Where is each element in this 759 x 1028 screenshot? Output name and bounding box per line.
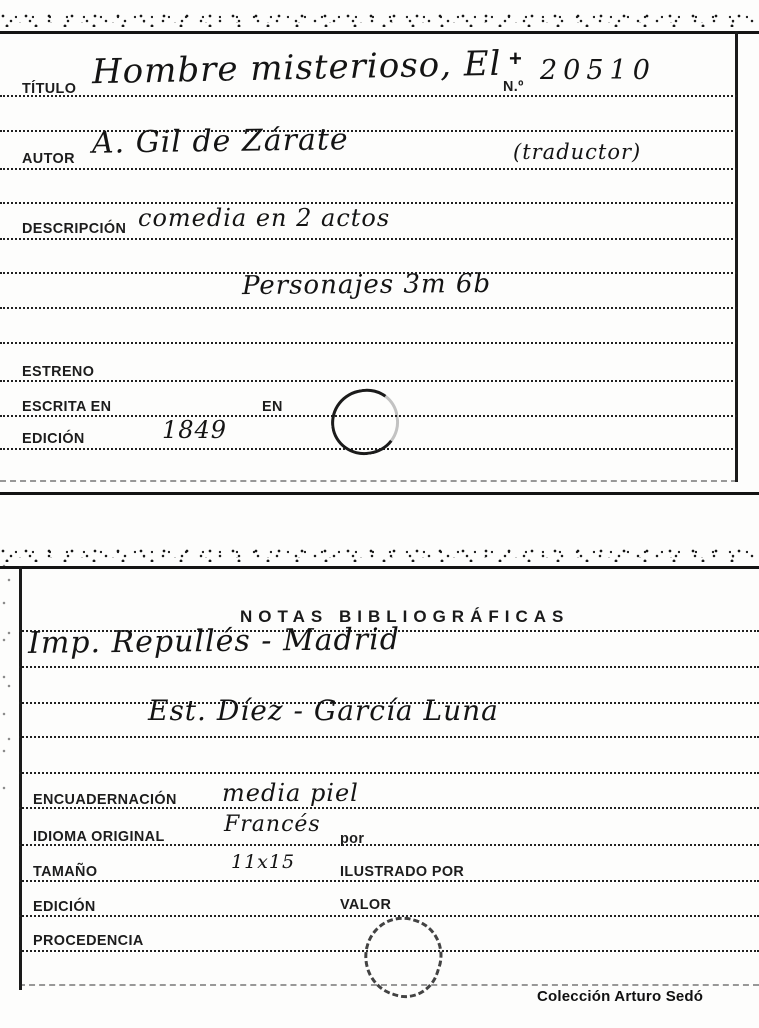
top-card-torn-edge <box>0 12 759 34</box>
catalog-card-scan: TÍTULO N.º + AUTOR DESCRIPCIÓN ESTRENO E… <box>0 0 759 1028</box>
traductor-note-handwritten: (traductor) <box>513 140 641 164</box>
valor-label: VALOR <box>340 896 391 913</box>
numero-handwritten: 20510 <box>540 55 656 86</box>
ruled-line <box>0 307 737 309</box>
estreno-label: ESTRENO <box>22 363 94 380</box>
ruled-line <box>19 915 759 917</box>
titulo-label: TÍTULO <box>22 80 76 97</box>
ruled-line <box>0 342 737 344</box>
estreno-nota-handwritten: Est. Díez - García Luna <box>148 694 499 727</box>
ruled-line <box>0 380 737 382</box>
ruled-line-faint <box>0 480 737 482</box>
ilustrado-por-label: ILUSTRADO POR <box>340 863 464 880</box>
titulo-handwritten: Hombre misterioso, El <box>92 44 502 93</box>
ruled-line <box>19 772 759 774</box>
cross-mark: + <box>509 46 522 72</box>
por-label: por <box>340 830 364 847</box>
ruled-line <box>0 168 737 170</box>
encuadernacion-label: ENCUADERNACIÓN <box>33 791 177 808</box>
scan-edge-noise <box>0 560 14 790</box>
descripcion-label: DESCRIPCIÓN <box>22 220 126 237</box>
en-label: EN <box>262 398 283 415</box>
ruled-line <box>19 736 759 738</box>
ruled-line <box>19 666 759 668</box>
edicion-bottom-label: EDICIÓN <box>33 898 96 915</box>
tamano-handwritten: 11x15 <box>231 851 295 873</box>
coleccion-footer: Colección Arturo Sedó <box>537 988 703 1005</box>
escrita-en-label: ESCRITA EN <box>22 398 111 415</box>
ruled-line <box>19 880 759 882</box>
ruled-line <box>0 238 737 240</box>
numero-label: N.º <box>503 78 524 95</box>
descripcion-handwritten: comedia en 2 actos <box>138 204 390 232</box>
edicion-year-handwritten: 1849 <box>162 416 227 444</box>
idioma-original-label: IDIOMA ORIGINAL <box>33 828 165 845</box>
top-card-bottom-edge <box>0 492 759 495</box>
encuadernacion-handwritten: media piel <box>222 779 359 807</box>
personajes-handwritten: Personajes 3m 6b <box>242 269 491 301</box>
autor-handwritten: A. Gil de Zárate <box>92 122 349 161</box>
edicion-label: EDICIÓN <box>22 430 85 447</box>
bottom-card-torn-edge <box>0 547 759 569</box>
idioma-handwritten: Francés <box>224 812 321 837</box>
imprenta-handwritten: Imp. Repullés - Madrid <box>28 622 400 661</box>
round-stamp-outline-partial <box>354 907 453 1007</box>
procedencia-label: PROCEDENCIA <box>33 932 144 949</box>
autor-label: AUTOR <box>22 150 75 167</box>
ruled-line <box>0 95 737 97</box>
tamano-label: TAMAÑO <box>33 863 97 880</box>
